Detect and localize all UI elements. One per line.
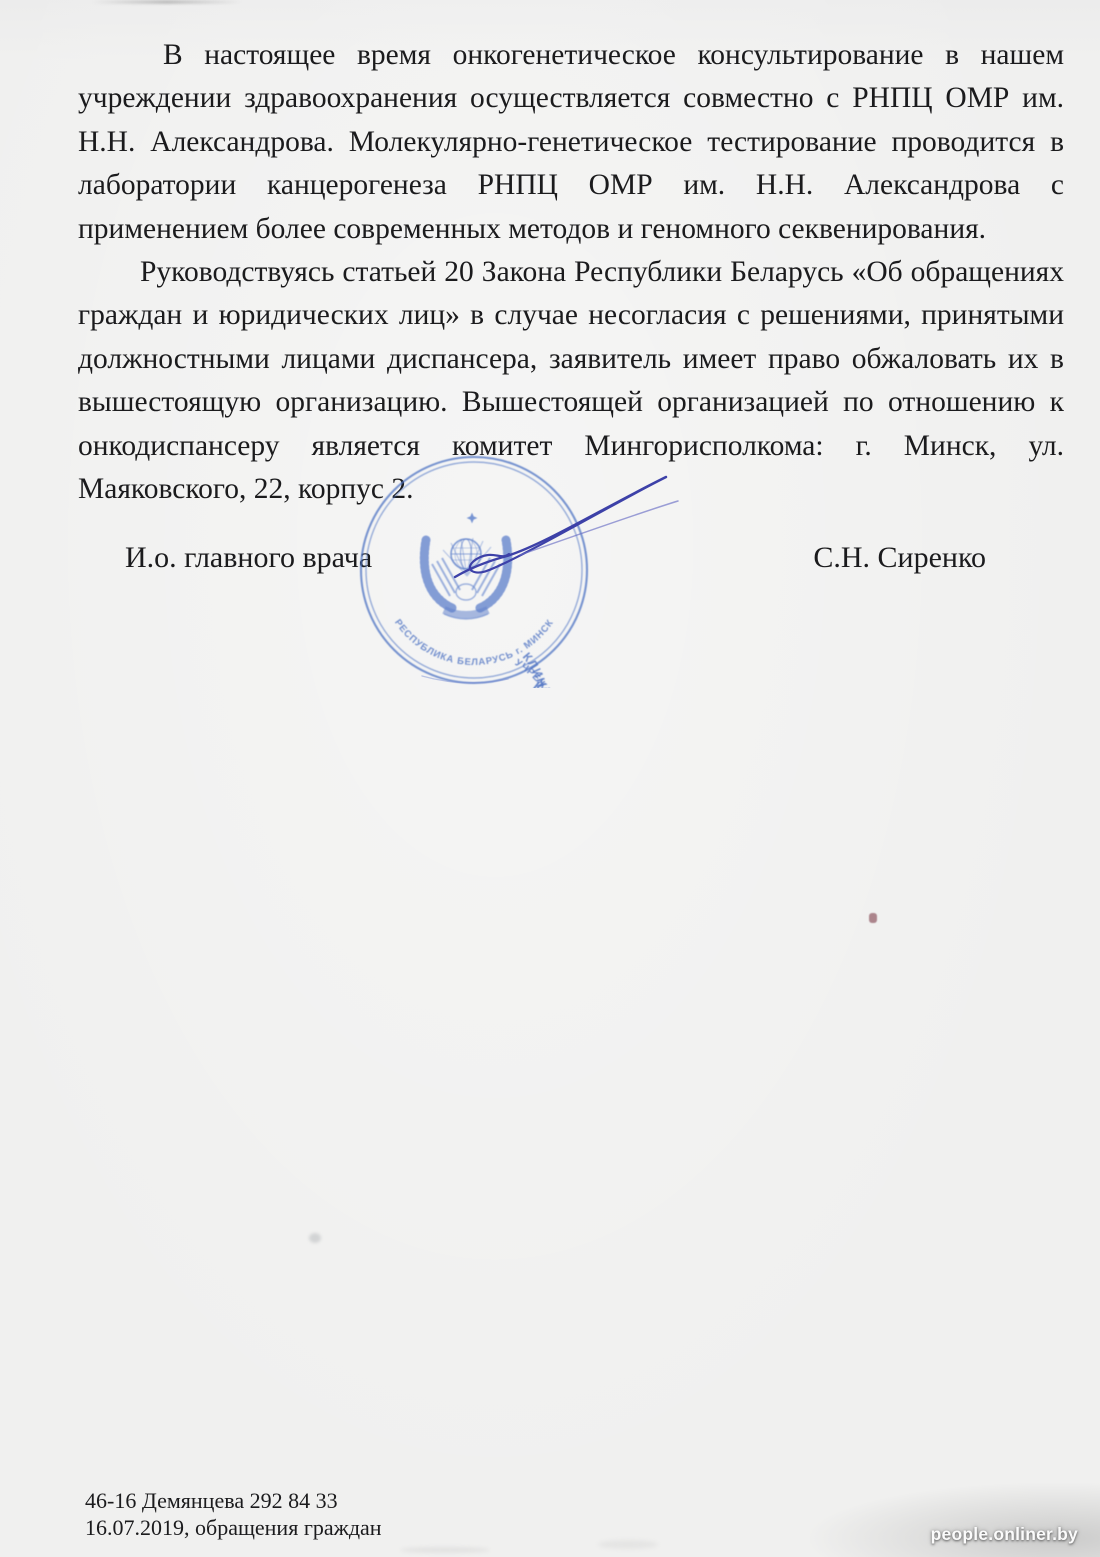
watermark-label: people.onliner.by: [931, 1524, 1078, 1545]
text-line: вышестоящую организацию. Вышестоящей орг…: [78, 381, 1064, 424]
text-line: лаборатории канцерогенеза РНПЦ ОМР им. Н…: [78, 164, 1064, 207]
pen-signature: [380, 450, 760, 695]
scan-artifact: [598, 1540, 658, 1549]
watermark-shade: [810, 1483, 1100, 1557]
signature-svg: [380, 450, 760, 695]
scan-artifact: [309, 1233, 321, 1243]
signer-name: С.Н. Сиренко: [813, 540, 1064, 576]
paragraph: В настоящее время онкогенетическое консу…: [78, 34, 1064, 251]
text-line: должностными лицами диспансера, заявител…: [78, 338, 1064, 381]
signer-role: И.о. главного врача: [78, 540, 372, 576]
signature-stroke: [455, 477, 666, 577]
letter-body: В настоящее время онкогенетическое консу…: [78, 34, 1064, 511]
scan-artifact: [400, 1547, 490, 1553]
stamp-smudge-arc: [422, 676, 508, 683]
text-line: граждан и юридических лиц» в случае несо…: [78, 294, 1064, 337]
scan-artifact: [869, 913, 877, 923]
text-line: применением более современных методов и …: [78, 208, 1064, 251]
signature-stroke-light: [520, 501, 678, 555]
footer-reference: 46-16 Демянцева 292 84 33 16.07.2019, об…: [85, 1487, 382, 1541]
footer-line-date: 16.07.2019, обращения граждан: [85, 1514, 382, 1541]
footer-line-executor: 46-16 Демянцева 292 84 33: [85, 1487, 382, 1514]
scanned-letter-page: В настоящее время онкогенетическое консу…: [0, 0, 1100, 1557]
text-line: Н.Н. Александрова. Молекулярно-генетичес…: [78, 121, 1064, 164]
text-line: В настоящее время онкогенетическое консу…: [78, 34, 1064, 77]
text-line: учреждении здравоохранения осуществляетс…: [78, 77, 1064, 120]
text-line: Руководствуясь статьей 20 Закона Республ…: [78, 251, 1064, 294]
scan-artifact: [92, 0, 242, 4]
